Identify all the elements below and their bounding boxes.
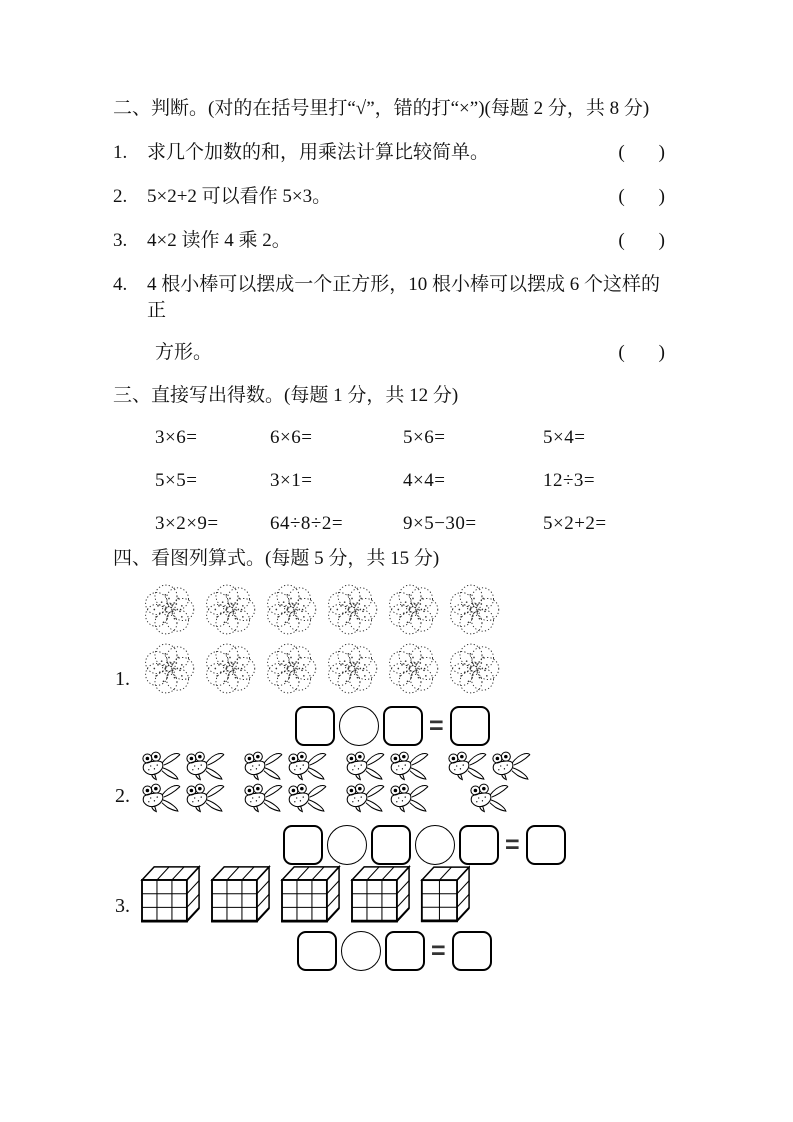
judge-item-4: 4. 4 根小棒可以摆成一个正方形，10 根小棒可以摆成 6 个这样的正 [113,272,675,324]
goldfish-icon [242,751,284,781]
answer-box [297,931,337,971]
equals-sign: = [505,827,520,863]
answer-blank: () [618,340,665,366]
item-text-line2: 方形。 [155,340,618,366]
calc-expression: 3×6= [155,425,270,451]
flower-icon [384,641,442,696]
goldfish-icon [344,751,386,781]
calc-expression: 12÷3= [543,468,675,494]
paren-close: ) [659,228,665,254]
equation-blanks: = [283,825,675,865]
answer-box [283,825,323,865]
calc-expression: 9×5−30= [403,511,543,537]
goldfish-icon [286,751,328,781]
calc-expression: 3×2×9= [155,511,270,537]
fish-row [140,751,226,781]
goldfish-icon [446,751,488,781]
flower-icon [201,582,259,637]
flower-icon [445,641,503,696]
picture-area: 3. [113,865,675,923]
calc-expression: 3×1= [270,468,403,494]
flower-row [140,641,675,696]
problem-number: 1. [115,666,130,692]
judge-item-3: 3. 4×2 读作 4 乘 2。 () [113,228,675,254]
goldfish-icon [388,751,430,781]
calc-expression: 5×4= [543,425,675,451]
goldfish-picture [140,751,675,813]
operator-circle [415,825,455,865]
fish-row [344,783,430,813]
flower-icon [323,641,381,696]
flower-row [140,582,675,637]
item-number: 2. [113,184,147,210]
fish-group [140,751,226,813]
picture-problem-3: 3. = [113,865,675,971]
goldfish-icon [286,783,328,813]
picture-area: 1. [113,582,675,696]
fish-row [344,751,430,781]
answer-box [385,931,425,971]
item-number: 3. [113,228,147,254]
operator-circle [339,706,379,746]
goldfish-icon [388,783,430,813]
answer-box [459,825,499,865]
calc-expression: 6×6= [270,425,403,451]
section-picture-title: 四、看图列算式。(每题 5 分，共 15 分) [113,546,675,572]
cube-icon [210,865,272,923]
section-calc-title: 三、直接写出得数。(每题 1 分，共 12 分) [113,383,675,409]
flower-icon [140,641,198,696]
paren-close: ) [659,140,665,166]
fish-row [446,783,532,813]
goldfish-icon [140,783,182,813]
item-number: 4. [113,272,147,324]
picture-problem-1: 1. = [113,582,675,746]
answer-box [371,825,411,865]
worksheet-page: 二、判断。(对的在括号里打“√”，错的打“×”)(每题 2 分，共 8 分) 1… [0,0,793,1122]
flower-icon [201,641,259,696]
answer-blank: () [618,184,665,210]
cube-icon [140,865,202,923]
calc-grid: 3×6= 6×6= 5×6= 5×4= 5×5= 3×1= 4×4= 12÷3=… [113,425,675,537]
item-text: 求几个加数的和，用乘法计算比较简单。 [147,140,618,166]
answer-box [452,931,492,971]
answer-box [295,706,335,746]
flower-icon [445,582,503,637]
answer-box [450,706,490,746]
item-text: 4×2 读作 4 乘 2。 [147,228,618,254]
flower-icon [140,582,198,637]
calc-expression: 64÷8÷2= [270,511,403,537]
cube-icon [350,865,412,923]
problem-number: 2. [115,783,130,809]
paren-close: ) [659,184,665,210]
paren-open: ( [618,340,624,366]
calc-expression: 5×5= [155,468,270,494]
equals-sign: = [431,933,446,969]
goldfish-icon [468,783,510,813]
goldfish-icon [490,751,532,781]
judge-item-4-cont: 方形。 () [113,340,675,366]
goldfish-icon [140,751,182,781]
item-text-line1: 4 根小棒可以摆成一个正方形，10 根小棒可以摆成 6 个这样的正 [147,272,665,324]
fish-group [446,751,532,813]
operator-circle [341,931,381,971]
picture-area: 2. [113,751,675,813]
paren-open: ( [618,140,624,166]
answer-blank: () [618,140,665,166]
flower-icon [323,582,381,637]
flower-icon [262,641,320,696]
equation-blanks: = [295,706,675,746]
answer-blank: () [618,228,665,254]
cube-icon [280,865,342,923]
paren-open: ( [618,184,624,210]
fish-row [242,751,328,781]
equals-sign: = [429,708,444,744]
cube-icon [420,865,470,923]
goldfish-icon [184,783,226,813]
judge-item-2: 2. 5×2+2 可以看作 5×3。 () [113,184,675,210]
picture-problem-2: 2. = [113,751,675,865]
fish-row [242,783,328,813]
item-text: 5×2+2 可以看作 5×3。 [147,184,618,210]
section-judge-title: 二、判断。(对的在括号里打“√”，错的打“×”)(每题 2 分，共 8 分) [113,96,675,122]
flower-icon [384,582,442,637]
worksheet-content: 二、判断。(对的在括号里打“√”，错的打“×”)(每题 2 分，共 8 分) 1… [113,96,675,971]
paren-open: ( [618,228,624,254]
calc-expression: 5×6= [403,425,543,451]
flowers-picture [140,582,675,696]
flower-icon [262,582,320,637]
problem-number: 3. [115,893,130,919]
paren-close: ) [659,340,665,366]
goldfish-icon [184,751,226,781]
calc-expression: 5×2+2= [543,511,675,537]
fish-group [344,751,430,813]
goldfish-icon [242,783,284,813]
fish-row [140,783,226,813]
fish-row [446,751,532,781]
indent [113,340,155,366]
answer-box [526,825,566,865]
calc-expression: 4×4= [403,468,543,494]
operator-circle [327,825,367,865]
item-number: 1. [113,140,147,166]
fish-group [242,751,328,813]
cubes-picture [140,865,675,923]
judge-item-1: 1. 求几个加数的和，用乘法计算比较简单。 () [113,140,675,166]
answer-box [383,706,423,746]
equation-blanks: = [297,931,675,971]
goldfish-icon [344,783,386,813]
